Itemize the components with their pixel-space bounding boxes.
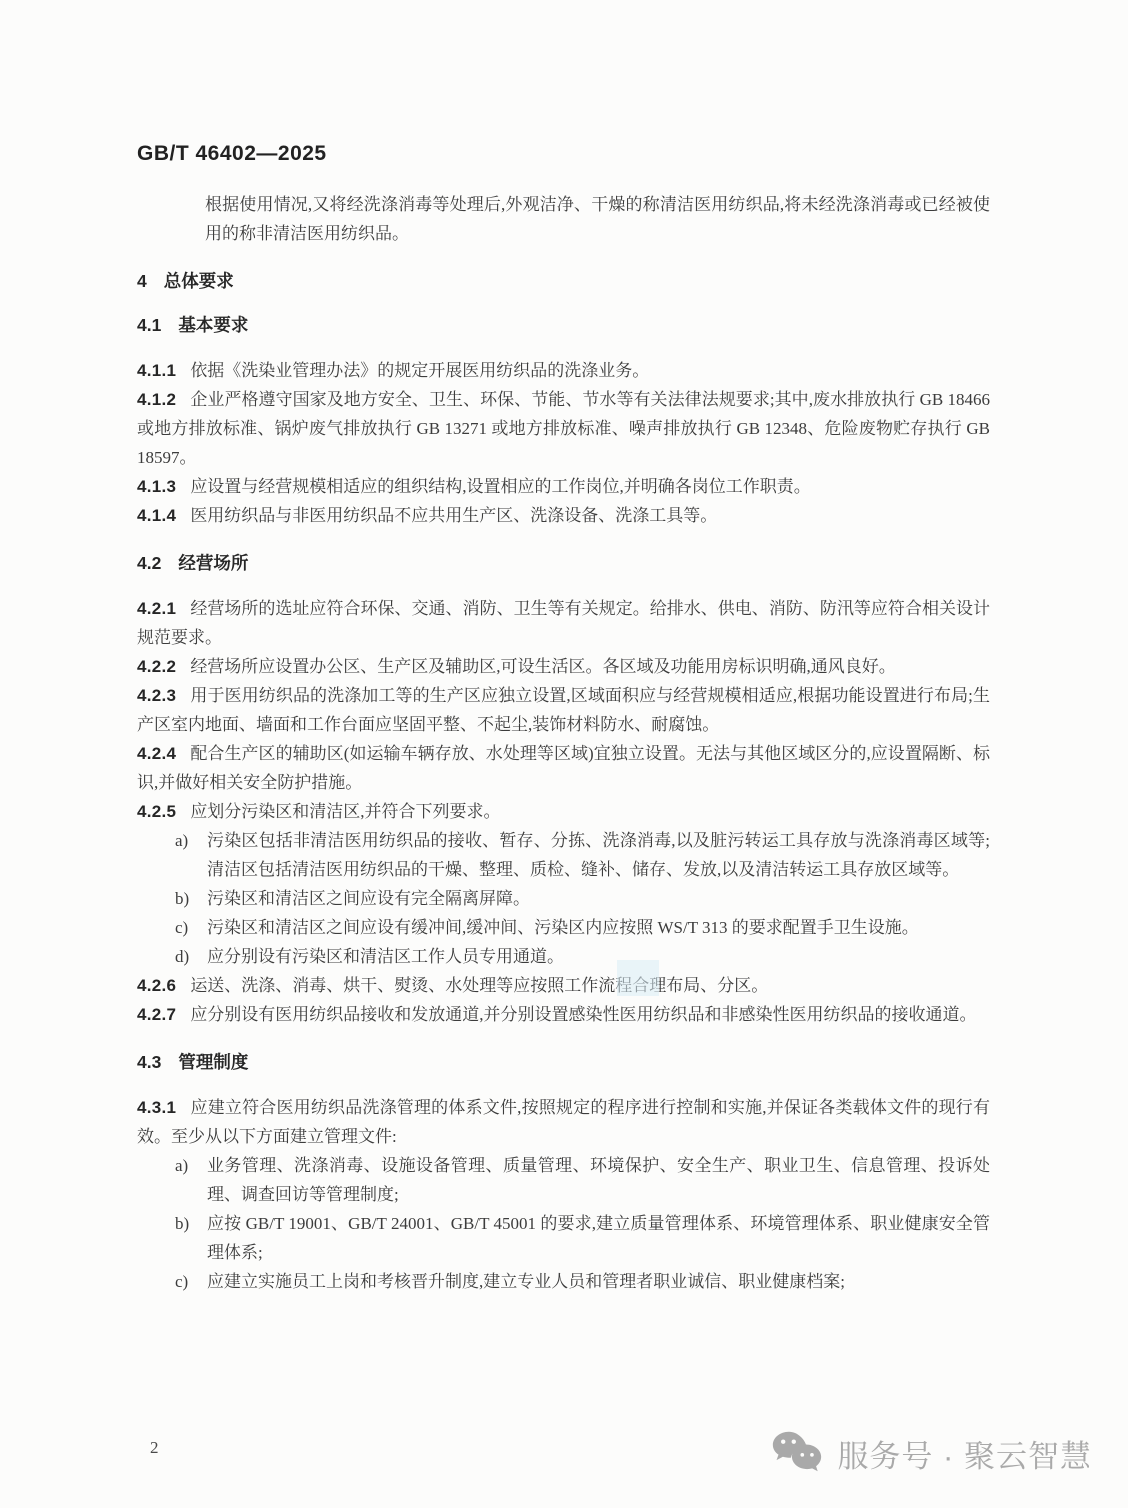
intro-paragraph: 根据使用情况,又将经洗涤消毒等处理后,外观洁净、干燥的称清洁医用纺织品,将未经洗… [205,190,990,248]
list-item: a)污染区包括非清洁医用纺织品的接收、暂存、分拣、洗涤消毒,以及脏污转运工具存放… [137,826,990,884]
list-marker: d) [175,942,189,971]
document-page: GB/T 46402—2025 根据使用情况,又将经洗涤消毒等处理后,外观洁净、… [0,0,1128,1508]
clause-number: 4.1.1 [137,361,176,380]
clause-paragraph: 4.1.4医用纺织品与非医用纺织品不应共用生产区、洗涤设备、洗涤工具等。 [137,501,990,530]
paragraph-text: 业务管理、洗涤消毒、设施设备管理、质量管理、环境保护、安全生产、职业卫生、信息管… [207,1156,990,1204]
paragraph-text: 应建立实施员工上岗和考核晋升制度,建立专业人员和管理者职业诚信、职业健康档案; [207,1272,845,1291]
clause-number: 4.2 [137,553,161,573]
paragraph-text: 污染区和清洁区之间应设有缓冲间,缓冲间、污染区内应按照 WS/T 313 的要求… [207,918,919,937]
paragraph-text: 根据使用情况,又将经洗涤消毒等处理后,外观洁净、干燥的称清洁医用纺织品,将未经洗… [205,195,990,243]
section-heading: 4.3管理制度 [137,1051,990,1073]
document-body: 根据使用情况,又将经洗涤消毒等处理后,外观洁净、干燥的称清洁医用纺织品,将未经洗… [137,190,990,1296]
list-marker: b) [175,1209,189,1238]
clause-number: 4.2.1 [137,599,176,618]
clause-paragraph: 4.3.1应建立符合医用纺织品洗涤管理的体系文件,按照规定的程序进行控制和实施,… [137,1093,990,1151]
list-item: a)业务管理、洗涤消毒、设施设备管理、质量管理、环境保护、安全生产、职业卫生、信… [137,1151,990,1209]
clause-paragraph: 4.2.4配合生产区的辅助区(如运输车辆存放、水处理等区域)宜独立设置。无法与其… [137,739,990,797]
paragraph-text: 企业严格遵守国家及地方安全、卫生、环保、节能、节水等有关法律法规要求;其中,废水… [137,390,990,467]
heading-text: 经营场所 [178,553,248,573]
paragraph-text: 应建立符合医用纺织品洗涤管理的体系文件,按照规定的程序进行控制和实施,并保证各类… [137,1098,990,1146]
list-marker: c) [175,913,188,942]
document-content: GB/T 46402—2025 根据使用情况,又将经洗涤消毒等处理后,外观洁净、… [137,142,990,1296]
clause-number: 4 [137,271,147,291]
paragraph-text: 用于医用纺织品的洗涤加工等的生产区应独立设置,区域面积应与经营规模相适应,根据功… [137,686,990,734]
clause-paragraph: 4.2.7应分别设有医用纺织品接收和发放通道,并分别设置感染性医用纺织品和非感染… [137,1000,990,1029]
list-marker: c) [175,1267,188,1296]
clause-paragraph: 4.2.1经营场所的选址应符合环保、交通、消防、卫生等有关规定。给排水、供电、消… [137,594,990,652]
clause-paragraph: 4.2.6运送、洗涤、消毒、烘干、熨烫、水处理等应按照工作流程合理布局、分区。 [137,971,990,1000]
clause-number: 4.2.6 [137,976,176,995]
paragraph-text: 污染区和清洁区之间应设有完全隔离屏障。 [207,889,530,908]
paragraph-text: 污染区包括非清洁医用纺织品的接收、暂存、分拣、洗涤消毒,以及脏污转运工具存放与洗… [207,831,990,879]
section-heading: 4.2经营场所 [137,552,990,574]
clause-number: 4.2.4 [137,744,176,763]
paragraph-text: 应划分污染区和清洁区,并符合下列要求。 [190,802,500,821]
list-item: b)应按 GB/T 19001、GB/T 24001、GB/T 45001 的要… [137,1209,990,1267]
clause-paragraph: 4.1.3应设置与经营规模相适应的组织结构,设置相应的工作岗位,并明确各岗位工作… [137,472,990,501]
clause-number: 4.1.2 [137,390,176,409]
watermark-banner: 服务号 · 聚云智慧 [770,1430,1092,1476]
clause-number: 4.3 [137,1052,161,1072]
heading-text: 总体要求 [164,271,234,291]
list-item: d)应分别设有污染区和清洁区工作人员专用通道。 [137,942,990,971]
paragraph-text: 应分别设有医用纺织品接收和发放通道,并分别设置感染性医用纺织品和非感染性医用纺织… [190,1005,976,1024]
paragraph-text: 运送、洗涤、消毒、烘干、熨烫、水处理等应按照工作流程合理布局、分区。 [190,976,768,995]
section-heading: 4.1基本要求 [137,314,990,336]
paragraph-text: 配合生产区的辅助区(如运输车辆存放、水处理等区域)宜独立设置。无法与其他区域区分… [137,744,990,792]
list-marker: a) [175,826,188,855]
paragraph-text: 应设置与经营规模相适应的组织结构,设置相应的工作岗位,并明确各岗位工作职责。 [190,477,811,496]
clause-paragraph: 4.2.5应划分污染区和清洁区,并符合下列要求。 [137,797,990,826]
scan-artifact [617,960,659,996]
paragraph-text: 医用纺织品与非医用纺织品不应共用生产区、洗涤设备、洗涤工具等。 [190,506,717,525]
clause-paragraph: 4.2.3用于医用纺织品的洗涤加工等的生产区应独立设置,区域面积应与经营规模相适… [137,681,990,739]
clause-number: 4.2.5 [137,802,176,821]
paragraph-text: 应分别设有污染区和清洁区工作人员专用通道。 [207,947,564,966]
clause-number: 4.2.3 [137,686,176,705]
clause-paragraph: 4.2.2经营场所应设置办公区、生产区及辅助区,可设生活区。各区域及功能用房标识… [137,652,990,681]
clause-number: 4.1 [137,315,161,335]
section-heading: 4总体要求 [137,270,990,292]
clause-number: 4.1.4 [137,506,176,525]
page-number: 2 [150,1438,159,1458]
clause-number: 4.1.3 [137,477,176,496]
paragraph-text: 经营场所的选址应符合环保、交通、消防、卫生等有关规定。给排水、供电、消防、防汛等… [137,599,990,647]
heading-text: 基本要求 [178,315,248,335]
clause-paragraph: 4.1.2企业严格遵守国家及地方安全、卫生、环保、节能、节水等有关法律法规要求;… [137,385,990,472]
watermark-text: 服务号 · 聚云智慧 [837,1431,1092,1476]
list-item: c)污染区和清洁区之间应设有缓冲间,缓冲间、污染区内应按照 WS/T 313 的… [137,913,990,942]
wechat-icon [770,1430,824,1476]
list-marker: a) [175,1151,188,1180]
clause-number: 4.3.1 [137,1098,176,1117]
paragraph-text: 经营场所应设置办公区、生产区及辅助区,可设生活区。各区域及功能用房标识明确,通风… [190,657,896,676]
paragraph-text: 应按 GB/T 19001、GB/T 24001、GB/T 45001 的要求,… [207,1214,990,1262]
clause-number: 4.2.7 [137,1005,176,1024]
list-item: b)污染区和清洁区之间应设有完全隔离屏障。 [137,884,990,913]
list-marker: b) [175,884,189,913]
standard-number-header: GB/T 46402—2025 [137,142,990,166]
clause-number: 4.2.2 [137,657,176,676]
heading-text: 管理制度 [178,1052,248,1072]
clause-paragraph: 4.1.1依据《洗染业管理办法》的规定开展医用纺织品的洗涤业务。 [137,356,990,385]
paragraph-text: 依据《洗染业管理办法》的规定开展医用纺织品的洗涤业务。 [190,361,649,380]
list-item: c)应建立实施员工上岗和考核晋升制度,建立专业人员和管理者职业诚信、职业健康档案… [137,1267,990,1296]
